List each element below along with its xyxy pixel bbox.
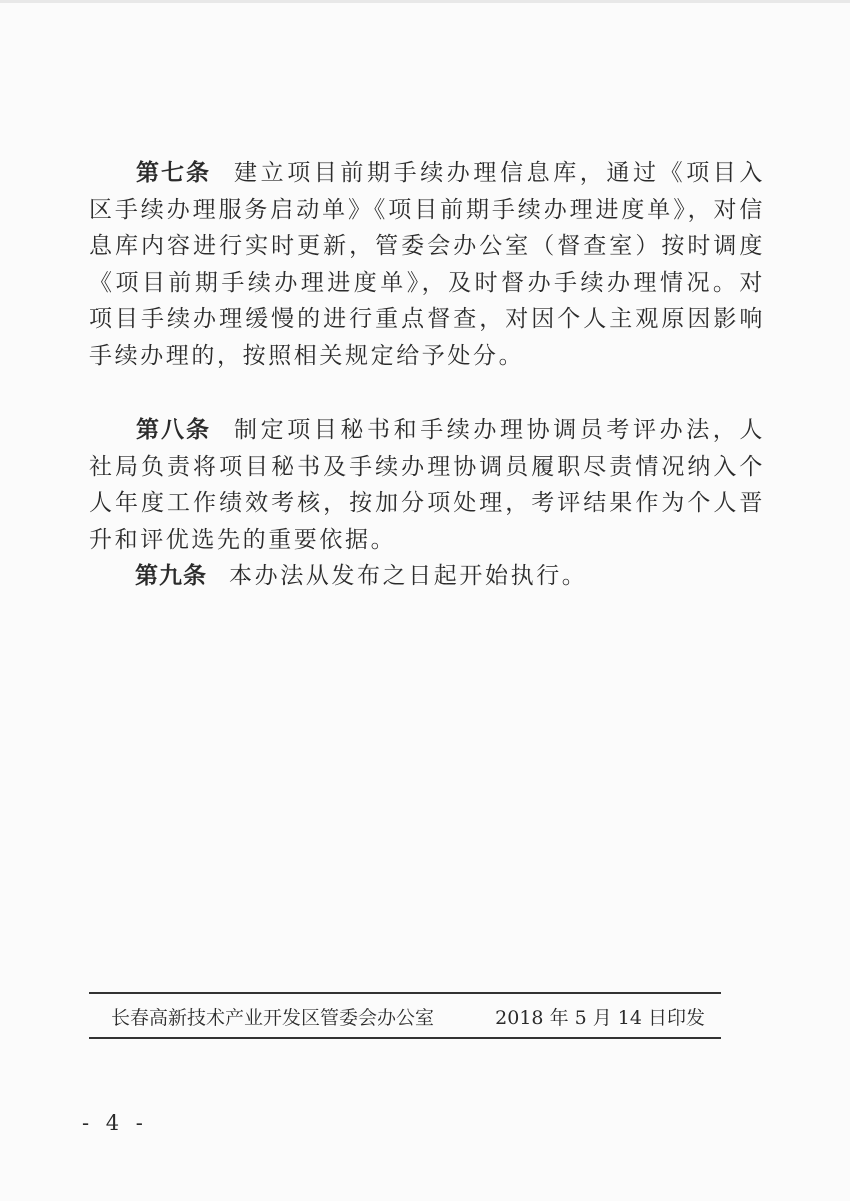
footer-bottom-rule [89, 1037, 721, 1039]
footer-top-rule [89, 992, 721, 994]
article-9: 第九条本办法从发布之日起开始执行。 [89, 558, 765, 595]
scan-edge [0, 0, 850, 3]
article-8-heading: 第八条 [135, 417, 211, 443]
article-7-heading: 第七条 [135, 160, 211, 186]
article-7-text: 建立项目前期手续办理信息库，通过《项目入区手续办理服务启动单》《项目前期手续办理… [89, 160, 765, 369]
article-9-heading: 第九条 [135, 563, 207, 589]
issuance-footer: 长春高新技术产业开发区管委会办公室 2018 年 5 月 14 日印发 [89, 1003, 721, 1030]
issuer: 长春高新技术产业开发区管委会办公室 [111, 1003, 434, 1030]
page-number: - 4 - [82, 1111, 148, 1135]
issue-date: 2018 年 5 月 14 日印发 [495, 1003, 705, 1030]
article-7: 第七条建立项目前期手续办理信息库，通过《项目入区手续办理服务启动单》《项目前期手… [89, 155, 765, 374]
article-9-text: 本办法从发布之日起开始执行。 [229, 563, 587, 589]
article-8: 第八条制定项目秘书和手续办理协调员考评办法，人社局负责将项目秘书及手续办理协调员… [89, 412, 765, 558]
